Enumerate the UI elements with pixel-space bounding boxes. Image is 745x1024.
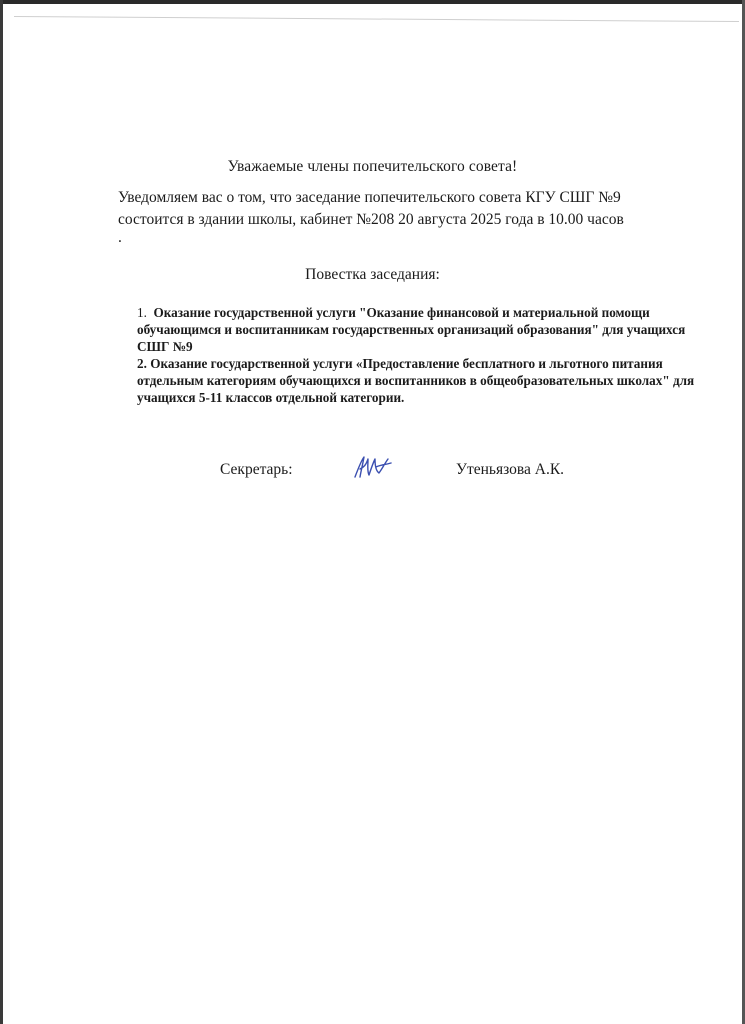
notice-line-1: Уведомляем вас о том, что заседание попе… [118, 189, 621, 206]
document-page: Уважаемые члены попечительского совета! … [0, 0, 745, 1024]
secretary-name: Утеньязова А.К. [456, 461, 564, 479]
agenda-item-text: Оказание государственной услуги «Предост… [137, 356, 694, 405]
agenda-list: 1. Оказание государственной услуги "Оказ… [137, 304, 707, 406]
agenda-item-number: 2. [137, 356, 147, 371]
handwritten-signature-icon [352, 453, 394, 481]
secretary-label: Секретарь: [220, 461, 293, 479]
meeting-notice: Уведомляем вас о том, что заседание попе… [118, 187, 698, 245]
greeting-heading: Уважаемые члены попечительского совета! [0, 158, 745, 176]
notice-trailing-dot: . [118, 231, 698, 245]
agenda-item-text: Оказание государственной услуги "Оказани… [137, 305, 685, 354]
signature-block: Секретарь: Утеньязова А.К. [0, 461, 745, 491]
agenda-item-number: 1. [137, 305, 147, 320]
agenda-item: 1. Оказание государственной услуги "Оказ… [137, 304, 707, 355]
notice-line-2: состоится в здании школы, кабинет №208 2… [118, 211, 624, 228]
agenda-title: Повестка заседания: [0, 266, 745, 284]
agenda-item: 2. Оказание государственной услуги «Пред… [137, 355, 707, 406]
